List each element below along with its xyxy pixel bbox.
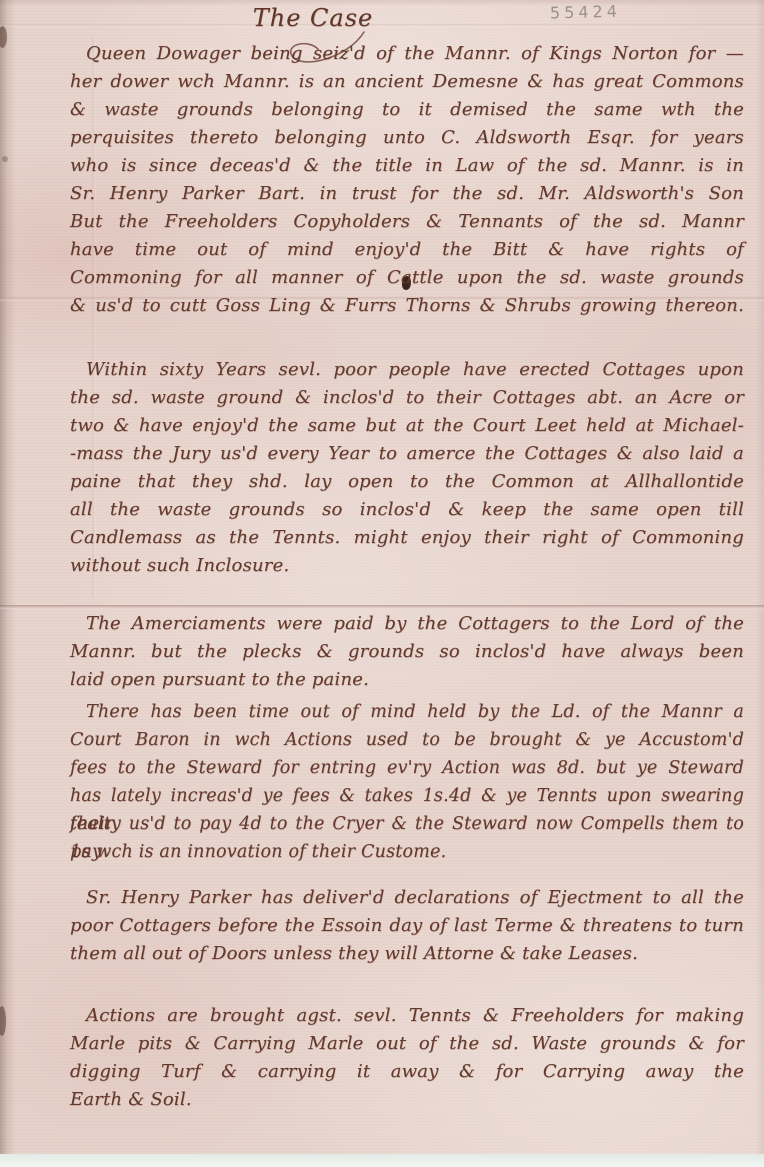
manuscript-line: & us'd to cutt Goss Ling & Furrs Thorns …	[70, 292, 744, 320]
manuscript-line: paine that they shd. lay open to the Com…	[70, 468, 744, 496]
manuscript-line: laid open pursuant to the paine.	[70, 666, 744, 694]
paragraph-6: Actions are brought agst. sevl. Tennts &…	[70, 1002, 744, 1114]
manuscript-line: them all out of Doors unless they will A…	[70, 940, 744, 968]
manuscript-line: without such Inclosure.	[70, 552, 744, 580]
manuscript-line: fees to the Steward for entring ev'ry Ac…	[70, 754, 744, 782]
manuscript-page: 55424 The Case Queen Dowager being seiz'…	[0, 0, 764, 1167]
manuscript-line: perquisites thereto belonging unto C. Al…	[70, 124, 744, 152]
scan-edge-strip	[0, 1154, 764, 1167]
manuscript-line: Sr. Henry Parker has deliver'd declarati…	[70, 884, 744, 912]
fold-crease	[0, 605, 764, 609]
manuscript-line: Marle pits & Carrying Marle out of the s…	[70, 1030, 744, 1058]
paragraph-5: Sr. Henry Parker has deliver'd declarati…	[70, 884, 744, 968]
catalog-number: 55424	[550, 1, 660, 23]
manuscript-line: Candlemass as the Tennts. might enjoy th…	[70, 524, 744, 552]
edge-smudge	[2, 156, 8, 162]
manuscript-line: poor Cottagers before the Essoin day of …	[70, 912, 744, 940]
manuscript-line: digging Turf & carrying it away & for Ca…	[70, 1058, 744, 1086]
manuscript-line: & waste grounds belonging to it demised …	[70, 96, 744, 124]
manuscript-line: have time out of mind enjoy'd the Bitt &…	[70, 236, 744, 264]
manuscript-line: who is since deceas'd & the title in Law…	[70, 152, 744, 180]
manuscript-line: all the waste grounds so inclos'd & keep…	[70, 496, 744, 524]
paragraph-2: Within sixty Years sevl. poor people hav…	[70, 356, 744, 580]
manuscript-line: has lately increas'd ye fees & takes 1s.…	[70, 782, 744, 810]
manuscript-line: Court Baron in wch Actions used to be br…	[70, 726, 744, 754]
manuscript-line: Mannr. but the plecks & grounds so inclo…	[70, 638, 744, 666]
document-title: The Case	[238, 4, 388, 32]
manuscript-line: -mass the Jury us'd every Year to amerce…	[70, 440, 744, 468]
page-edge-shadow-right	[756, 0, 764, 1167]
manuscript-line: Earth & Soil.	[70, 1086, 744, 1114]
manuscript-line: Queen Dowager being seiz'd of the Mannr.…	[70, 40, 744, 68]
manuscript-line: 1s wch is an innovation of their Custome…	[70, 838, 744, 866]
manuscript-line: Actions are brought agst. sevl. Tennts &…	[70, 1002, 744, 1030]
manuscript-line: Commoning for all manner of Cattle upon …	[70, 264, 744, 292]
paragraph-4: There has been time out of mind held by …	[70, 698, 744, 866]
manuscript-line: the sd. waste ground & inclos'd to their…	[70, 384, 744, 412]
manuscript-line: Sr. Henry Parker Bart. in trust for the …	[70, 180, 744, 208]
manuscript-line: The Amerciaments were paid by the Cottag…	[70, 610, 744, 638]
manuscript-line: two & have enjoy'd the same but at the C…	[70, 412, 744, 440]
manuscript-line: There has been time out of mind held by …	[70, 698, 744, 726]
paragraph-1: Queen Dowager being seiz'd of the Mannr.…	[70, 40, 744, 320]
manuscript-line: her dower wch Mannr. is an ancient Demes…	[70, 68, 744, 96]
paragraph-3: The Amerciaments were paid by the Cottag…	[70, 610, 744, 694]
manuscript-line: Within sixty Years sevl. poor people hav…	[70, 356, 744, 384]
manuscript-line: fealty us'd to pay 4d to the Cryer & the…	[70, 810, 744, 838]
manuscript-line: But the Freeholders Copyholders & Tennan…	[70, 208, 744, 236]
page-edge-shadow-left	[0, 0, 16, 1167]
